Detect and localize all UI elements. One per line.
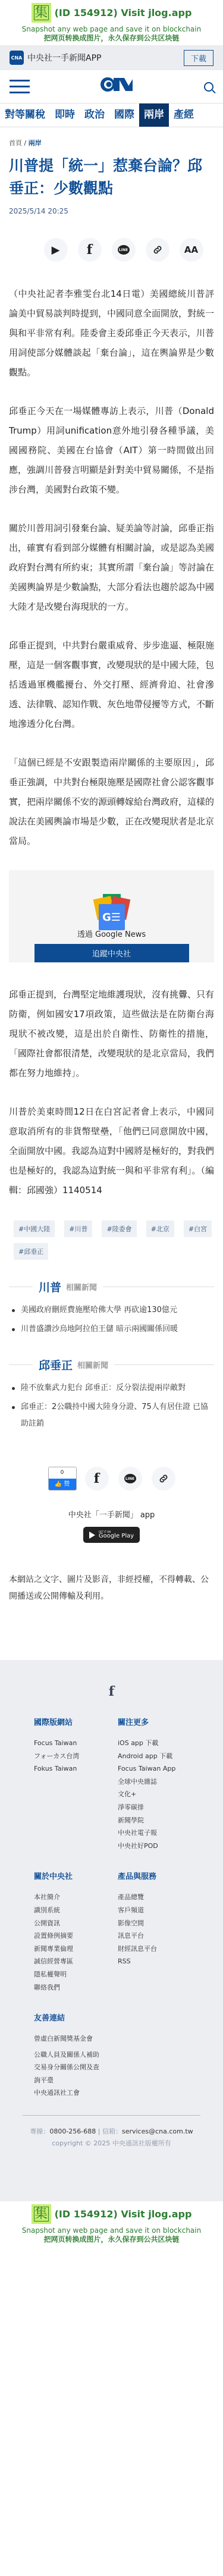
footer-link[interactable]: 公職人員及關係人補助交易身分關係公開及查詢平臺 xyxy=(34,2048,100,2087)
link-icon xyxy=(158,1473,169,1484)
footer-link[interactable]: 中央通訊社工會 xyxy=(34,2086,118,2100)
footer-col-friendly-links: 友善連結 曾虛白新聞獎基金會 公職人員及關係人補助交易身分關係公開及查詢平臺 中… xyxy=(34,2012,118,2100)
footer-link[interactable]: 中央社好POD xyxy=(118,1840,202,1853)
gplay-big-text: Google Play xyxy=(99,1533,134,1539)
footer-link[interactable]: 文化+ xyxy=(118,1788,202,1801)
jlog-id-text[interactable]: (ID 154912) Visit jlog.app xyxy=(55,7,192,18)
footer-heading: 關注更多 xyxy=(118,1716,202,1727)
like-count: 0 xyxy=(49,1467,76,1479)
share-line-button[interactable]: LINE xyxy=(118,1467,142,1491)
google-play-badge[interactable]: GET IT ON Google Play xyxy=(83,1527,140,1543)
footer-heading: 國際版網站 xyxy=(34,1716,118,1727)
footer-heading: 產品與服務 xyxy=(118,1870,202,1881)
app-promo-text: 中央社「一手新聞」 app xyxy=(9,1508,214,1520)
related-keyword: 川普 xyxy=(39,1279,61,1295)
google-news-box: G☰ 透過 Google News 追蹤中央社 xyxy=(9,870,214,962)
facebook-like-button[interactable]: 0 👍 赞 xyxy=(48,1467,77,1491)
related-news-list: 陸不放棄武力犯台 邱垂正：反分裂法提兩岸敵對 邱垂正：2公職持中國大陸身分證、7… xyxy=(9,1380,214,1432)
footer-copyright: copyright © 2025 中央通訊社版權所有 xyxy=(0,2138,223,2148)
article-paragraph: 邱垂正提到，台灣堅定地維護現狀，沒有挑釁、只有防衛，例如國安17項政策，這些做法… xyxy=(9,985,214,1083)
related-news-item[interactable]: 邱垂正：2公職持中國大陸身分證、75人有居住證 已協助註銷 xyxy=(9,1399,214,1432)
google-news-icon: G☰ xyxy=(94,894,130,922)
tab-tariffs[interactable]: 對等關稅 xyxy=(0,103,50,127)
article-paragraph: 邱垂正今天在一場媒體專訪上表示，川普（Donald Trump）用詞unific… xyxy=(9,401,214,500)
article-paragraph: 關於川普用詞引發棄台論、疑美論等討論，邱垂正指出，確實有看到部分媒體有相關討論，… xyxy=(9,519,214,617)
article-paragraph: 「這個已經是不安跟製造兩岸關係的主要原因」，邱垂正強調，中共對台極限施壓是國際社… xyxy=(9,753,214,851)
jlog-line-zh: 把网页转换成图片，永久保存到公共区块链 xyxy=(0,2235,223,2244)
footer-link[interactable]: 產品總覽 xyxy=(118,1891,202,1904)
footer-link[interactable]: 誠信經營專區 xyxy=(34,1955,118,1968)
footer-col-products: 產品與服務 產品總覽 客戶頻道 影像空間 訊息平台 財經訊息平台 RSS xyxy=(118,1870,202,1994)
share-facebook-button[interactable]: f xyxy=(85,1467,109,1491)
footer-divider xyxy=(23,2115,200,2116)
footer-links: 國際版網站 Focus Taiwan フォーカス台湾 Fokus Taiwan … xyxy=(0,1716,223,2100)
related-news-item[interactable]: 美國政府刪經費施壓哈佛大學 再砍逾130億元 xyxy=(9,1302,214,1319)
footer-facebook-icon[interactable]: f xyxy=(0,1684,223,1699)
footer-link[interactable]: Android app 下載 xyxy=(118,1750,202,1763)
footer-link[interactable]: 訊息平台 xyxy=(118,1929,202,1943)
share-facebook-button[interactable]: f xyxy=(78,238,102,262)
related-subtitle: 相關新聞 xyxy=(77,1359,108,1370)
breadcrumb: 首頁 / 兩岸 xyxy=(9,138,214,148)
footer-link[interactable]: フォーカス台湾 xyxy=(34,1750,118,1763)
footer-link[interactable]: 中央社電子報 xyxy=(118,1827,202,1840)
copyright-notice: 本網站之文字、圖片及影音，非經授權，不得轉載、公開播送或公開傳輸及利用。 xyxy=(9,1571,214,1605)
tag[interactable]: #白宮 xyxy=(184,1220,212,1237)
footer-link[interactable]: 客戶頻道 xyxy=(118,1904,202,1917)
app-title: 中央社一手新聞APP xyxy=(27,52,184,64)
footer-link[interactable]: Fokus Taiwan xyxy=(34,1762,118,1775)
app-promo: 中央社「一手新聞」 app GET IT ON Google Play xyxy=(9,1508,214,1543)
top-nav xyxy=(0,70,223,103)
copy-link-button[interactable] xyxy=(152,1467,175,1491)
bottom-share-toolbar: 0 👍 赞 f LINE xyxy=(9,1467,214,1491)
footer-link[interactable]: 財經訊息平台 xyxy=(118,1943,202,1956)
copy-link-button[interactable] xyxy=(146,238,169,262)
article-body-continued: 邱垂正提到，台灣堅定地維護現狀，沒有挑釁、只有防衛，例如國安17項政策，這些做法… xyxy=(9,985,214,1200)
app-download-bar: CNA 中央社一手新聞APP 下載 xyxy=(0,45,223,70)
share-toolbar: ▶ f LINE AA xyxy=(9,238,214,262)
jlog-banner-top: 集 (ID 154912) Visit jlog.app Snapshot an… xyxy=(0,0,223,45)
footer-link[interactable]: 聯絡我們 xyxy=(34,1981,118,1994)
tab-breaking[interactable]: 即時 xyxy=(50,103,80,127)
jlog-line-en: Snapshot any web page and save it on blo… xyxy=(0,2226,223,2235)
article-date: 2025/5/14 20:25 xyxy=(9,207,214,215)
like-label: 👍 赞 xyxy=(49,1479,76,1491)
footer-link[interactable]: Focus Taiwan App xyxy=(118,1762,202,1775)
breadcrumb-current[interactable]: 兩岸 xyxy=(29,139,42,147)
footer-link[interactable]: 影像空間 xyxy=(118,1917,202,1930)
footer-link[interactable]: 本社簡介 xyxy=(34,1891,118,1904)
footer-heading: 友善連結 xyxy=(34,2012,118,2023)
footer-link[interactable]: 隱私權聲明 xyxy=(34,1968,118,1981)
article-title: 川普提「統一」惹棄台論？邱垂正：少數觀點 xyxy=(9,155,214,200)
hotline-number[interactable]: 0800-256-688 xyxy=(49,2128,96,2135)
footer-link[interactable]: Focus Taiwan xyxy=(34,1737,118,1750)
font-size-icon: AA xyxy=(184,244,198,255)
footer-link[interactable]: 新聞學院 xyxy=(118,1814,202,1827)
facebook-icon: f xyxy=(94,1471,99,1486)
article-paragraph: （中央社記者李雅雯台北14日電）美國總統川普評論美中貿易談判時提到，中國同意全面… xyxy=(9,284,214,382)
follow-cna-button[interactable]: 追蹤中央社 xyxy=(34,944,189,962)
line-icon: LINE xyxy=(124,1474,136,1483)
footer-link[interactable]: RSS xyxy=(118,1955,202,1968)
tag[interactable]: #中國大陸 xyxy=(14,1220,55,1237)
jlog-line-zh: 把网页转换成图片，永久保存到公共区块链 xyxy=(0,34,223,43)
line-icon: LINE xyxy=(118,245,130,255)
email-label: 信箱： xyxy=(102,2128,122,2135)
breadcrumb-separator: / xyxy=(24,139,27,147)
footer-link[interactable]: 識別系統 xyxy=(34,1904,118,1917)
footer-col-international: 國際版網站 Focus Taiwan フォーカス台湾 Fokus Taiwan xyxy=(34,1716,118,1852)
category-tabs: 對等關稅 即時 政治 國際 兩岸 產經 xyxy=(0,103,223,127)
jlog-line-en: Snapshot any web page and save it on blo… xyxy=(0,25,223,34)
jlog-icon: 集 xyxy=(32,3,51,23)
footer-link[interactable]: 新聞專業倫理 xyxy=(34,1943,118,1956)
play-audio-button[interactable]: ▶ xyxy=(44,238,68,262)
related-news-list: 美國政府刪經費施壓哈佛大學 再砍逾130億元 川普盛讚沙烏地阿拉伯王儲 暗示兩國… xyxy=(9,1302,214,1338)
site-footer: f 國際版網站 Focus Taiwan フォーカス台湾 Fokus Taiwa… xyxy=(0,1660,223,2201)
tab-cross-strait[interactable]: 兩岸 xyxy=(139,103,169,127)
related-keyword: 邱垂正 xyxy=(39,1357,73,1373)
cna-logo[interactable] xyxy=(100,76,134,97)
download-button[interactable]: 下載 xyxy=(184,50,213,66)
article-paragraph: 邱垂正提到，中共對台嚴重威脅、步步進逼、極限施壓，這是一個客觀事實，改變現狀的是… xyxy=(9,636,214,734)
search-icon[interactable] xyxy=(204,82,213,92)
jlog-icon: 集 xyxy=(32,2204,51,2224)
play-icon: ▶ xyxy=(52,244,60,256)
tag[interactable]: #川普 xyxy=(64,1220,92,1237)
share-line-button[interactable]: LINE xyxy=(112,238,136,262)
footer-link[interactable]: 設置條例摘要 xyxy=(34,1929,118,1943)
tag-list: #中國大陸 #川普 #陸委會 #北京 #白宮 #邱垂正 xyxy=(9,1220,214,1260)
tab-politics[interactable]: 政治 xyxy=(80,103,109,127)
hotline-label: 專線： xyxy=(30,2128,49,2135)
footer-col-about: 關於中央社 本社簡介 識別系統 公開資訊 設置條例摘要 新聞專業倫理 誠信經營專… xyxy=(34,1870,118,1994)
footer-link[interactable]: 淨零碳排 xyxy=(118,1801,202,1814)
tab-international[interactable]: 國際 xyxy=(109,103,139,127)
facebook-icon: f xyxy=(87,242,92,258)
article-paragraph: 川普於美東時間12日在白宮記者會上表示，中國同意取消所有的非貨幣壁壘，「他們已同… xyxy=(9,1102,214,1200)
related-news-item[interactable]: 川普盛讚沙烏地阿拉伯王儲 暗示兩國關係回暖 xyxy=(9,1321,214,1338)
tag[interactable]: #邱垂正 xyxy=(14,1243,48,1260)
footer-link[interactable]: 曾虛白新聞獎基金會 xyxy=(34,2032,118,2045)
font-size-button[interactable]: AA xyxy=(180,238,203,262)
related-news-header: 邱垂正 相關新聞 xyxy=(9,1357,214,1373)
cna-logo-icon xyxy=(100,76,134,93)
breadcrumb-home[interactable]: 首頁 xyxy=(9,139,22,147)
footer-link[interactable]: 公開資訊 xyxy=(34,1917,118,1930)
link-icon xyxy=(152,244,163,255)
jlog-banner-bottom: 集 (ID 154912) Visit jlog.app Snapshot an… xyxy=(0,2201,223,2249)
tag[interactable]: #陸委會 xyxy=(102,1220,136,1237)
footer-link[interactable]: iOS app 下載 xyxy=(118,1737,202,1750)
footer-col-follow: 關注更多 iOS app 下載 Android app 下載 Focus Tai… xyxy=(118,1716,202,1852)
footer-contact: 專線：0800-256-688 | 信箱：services@cna.com.tw xyxy=(0,2126,223,2136)
related-news-header: 川普 相關新聞 xyxy=(9,1279,214,1295)
footer-heading: 關於中央社 xyxy=(34,1870,118,1881)
jlog-id-text[interactable]: (ID 154912) Visit jlog.app xyxy=(55,2208,192,2220)
tab-economy[interactable]: 產經 xyxy=(169,103,199,127)
contact-separator: | xyxy=(96,2128,102,2135)
related-subtitle: 相關新聞 xyxy=(66,1281,97,1292)
main-content: 首頁 / 兩岸 川普提「統一」惹棄台論？邱垂正：少數觀點 2025/5/14 2… xyxy=(0,138,223,1605)
tag[interactable]: #北京 xyxy=(146,1220,174,1237)
hamburger-menu-icon[interactable] xyxy=(10,80,30,93)
google-play-icon xyxy=(89,1532,95,1539)
cna-app-logo-icon: CNA xyxy=(10,51,24,65)
related-news-item[interactable]: 陸不放棄武力犯台 邱垂正：反分裂法提兩岸敵對 xyxy=(9,1380,214,1397)
footer-link[interactable]: 全球中央雜誌 xyxy=(118,1775,202,1789)
email-address[interactable]: services@cna.com.tw xyxy=(122,2128,193,2135)
article-body: （中央社記者李雅雯台北14日電）美國總統川普評論美中貿易談判時提到，中國同意全面… xyxy=(9,284,214,851)
